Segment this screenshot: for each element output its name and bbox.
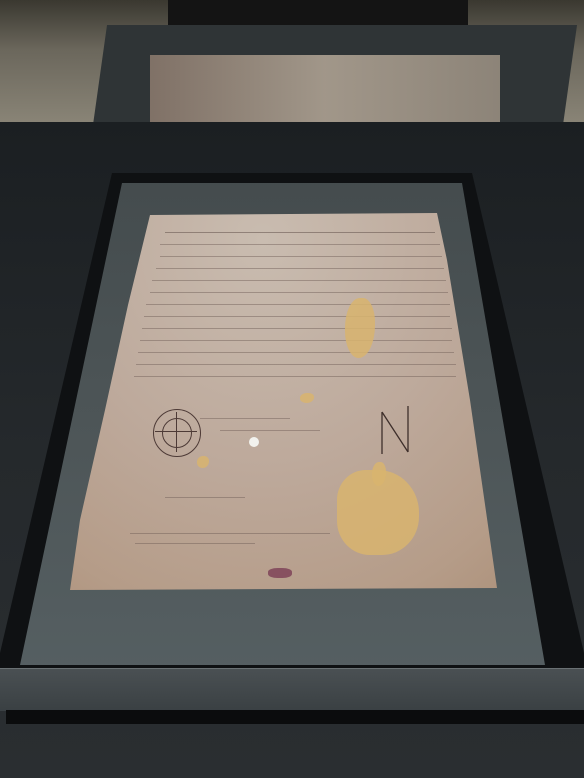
parchment-hole xyxy=(249,437,259,447)
museum-display-scene xyxy=(0,0,584,778)
frame-front-rail xyxy=(0,668,584,711)
rota-seal-diagram xyxy=(153,409,201,457)
ink-blot xyxy=(268,568,292,578)
monogram-n-icon xyxy=(380,404,410,456)
rota-crossbar xyxy=(155,431,197,432)
marble-inlay xyxy=(150,55,500,123)
frame-shadow xyxy=(6,710,584,724)
